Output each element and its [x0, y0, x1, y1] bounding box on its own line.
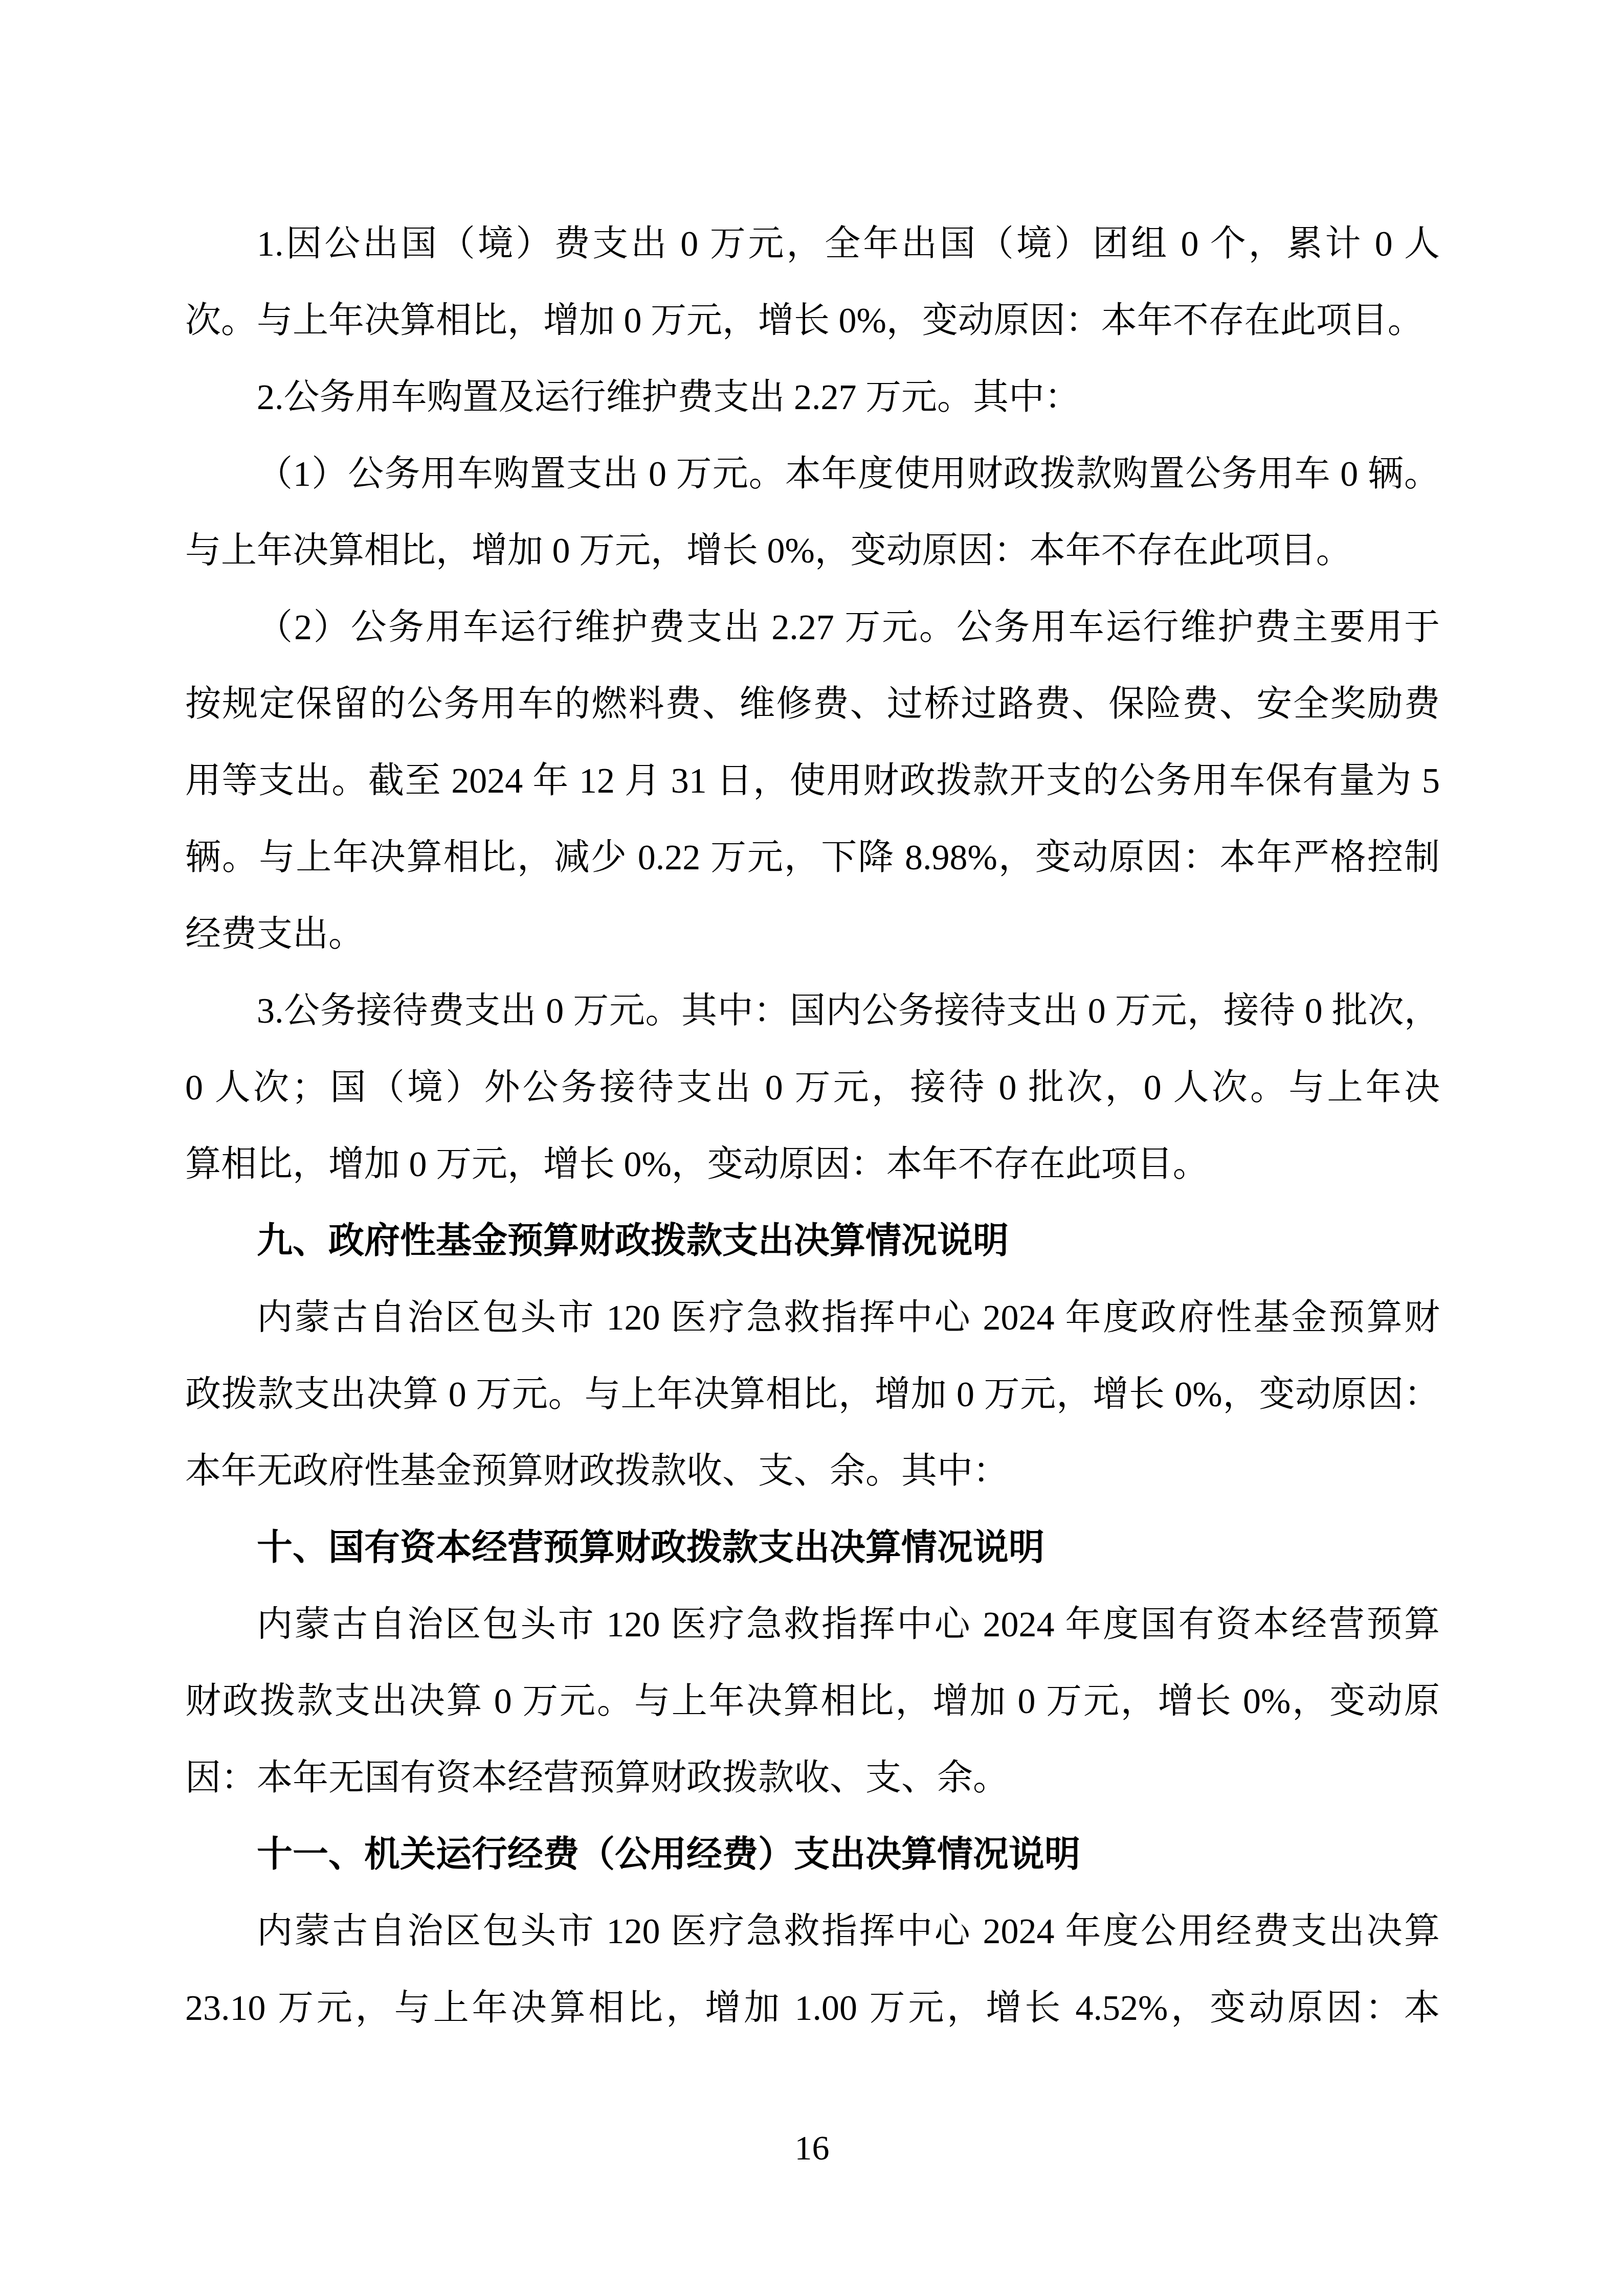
document-body: 1.因公出国（境）费支出 0 万元，全年出国（境）团组 0 个，累计 0 人次。…: [185, 206, 1440, 2047]
paragraph-line: 算相比，增加 0 万元，增长 0%，变动原因：本年不存在此项目。: [185, 1127, 1440, 1203]
paragraph-line: 3.公务接待费支出 0 万元。其中：国内公务接待支出 0 万元，接待 0 批次，: [185, 973, 1440, 1050]
paragraph-line: （2）公务用车运行维护费支出 2.27 万元。公务用车运行维护费主要用于: [185, 590, 1440, 666]
paragraph-line: 财政拨款支出决算 0 万元。与上年决算相比，增加 0 万元，增长 0%，变动原: [185, 1663, 1440, 1740]
section-heading: 十一、机关运行经费（公用经费）支出决算情况说明: [185, 1817, 1440, 1894]
paragraph-line: 2.公务用车购置及运行维护费支出 2.27 万元。其中：: [185, 359, 1440, 436]
paragraph-line: （1）公务用车购置支出 0 万元。本年度使用财政拨款购置公务用车 0 辆。: [185, 436, 1440, 513]
paragraph-line: 辆。与上年决算相比，减少 0.22 万元，下降 8.98%，变动原因：本年严格控…: [185, 820, 1440, 896]
section-heading: 十、国有资本经营预算财政拨款支出决算情况说明: [185, 1510, 1440, 1587]
paragraph: 3.公务接待费支出 0 万元。其中：国内公务接待支出 0 万元，接待 0 批次，…: [185, 973, 1440, 1203]
paragraph-line: 0 人次；国（境）外公务接待支出 0 万元，接待 0 批次，0 人次。与上年决: [185, 1050, 1440, 1127]
paragraph-line: 23.10 万元，与上年决算相比，增加 1.00 万元，增长 4.52%，变动原…: [185, 1970, 1440, 2047]
heading-line: 十一、机关运行经费（公用经费）支出决算情况说明: [185, 1817, 1440, 1894]
paragraph-line: 经费支出。: [185, 896, 1440, 973]
heading-line: 九、政府性基金预算财政拨款支出决算情况说明: [185, 1203, 1440, 1280]
document-page: 1.因公出国（境）费支出 0 万元，全年出国（境）团组 0 个，累计 0 人次。…: [0, 0, 1624, 2296]
section-heading: 九、政府性基金预算财政拨款支出决算情况说明: [185, 1203, 1440, 1280]
paragraph-line: 1.因公出国（境）费支出 0 万元，全年出国（境）团组 0 个，累计 0 人: [185, 206, 1440, 283]
paragraph-line: 内蒙古自治区包头市 120 医疗急救指挥中心 2024 年度公用经费支出决算: [185, 1894, 1440, 1970]
paragraph-line: 政拨款支出决算 0 万元。与上年决算相比，增加 0 万元，增长 0%，变动原因：: [185, 1357, 1440, 1433]
paragraph-line: 与上年决算相比，增加 0 万元，增长 0%，变动原因：本年不存在此项目。: [185, 513, 1440, 590]
paragraph: 内蒙古自治区包头市 120 医疗急救指挥中心 2024 年度国有资本经营预算财政…: [185, 1587, 1440, 1817]
paragraph-line: 内蒙古自治区包头市 120 医疗急救指挥中心 2024 年度国有资本经营预算: [185, 1587, 1440, 1663]
heading-line: 十、国有资本经营预算财政拨款支出决算情况说明: [185, 1510, 1440, 1587]
paragraph: 2.公务用车购置及运行维护费支出 2.27 万元。其中：: [185, 359, 1440, 436]
paragraph-line: 按规定保留的公务用车的燃料费、维修费、过桥过路费、保险费、安全奖励费: [185, 666, 1440, 743]
page-number: 16: [0, 2122, 1624, 2173]
paragraph-line: 内蒙古自治区包头市 120 医疗急救指挥中心 2024 年度政府性基金预算财: [185, 1280, 1440, 1357]
paragraph: 1.因公出国（境）费支出 0 万元，全年出国（境）团组 0 个，累计 0 人次。…: [185, 206, 1440, 359]
paragraph-line: 次。与上年决算相比，增加 0 万元，增长 0%，变动原因：本年不存在此项目。: [185, 283, 1440, 359]
paragraph: （2）公务用车运行维护费支出 2.27 万元。公务用车运行维护费主要用于按规定保…: [185, 590, 1440, 973]
paragraph: （1）公务用车购置支出 0 万元。本年度使用财政拨款购置公务用车 0 辆。与上年…: [185, 436, 1440, 590]
paragraph-line: 用等支出。截至 2024 年 12 月 31 日，使用财政拨款开支的公务用车保有…: [185, 743, 1440, 820]
paragraph: 内蒙古自治区包头市 120 医疗急救指挥中心 2024 年度政府性基金预算财政拨…: [185, 1280, 1440, 1510]
paragraph-line: 本年无政府性基金预算财政拨款收、支、余。其中：: [185, 1433, 1440, 1510]
paragraph: 内蒙古自治区包头市 120 医疗急救指挥中心 2024 年度公用经费支出决算23…: [185, 1894, 1440, 2047]
paragraph-line: 因：本年无国有资本经营预算财政拨款收、支、余。: [185, 1740, 1440, 1817]
